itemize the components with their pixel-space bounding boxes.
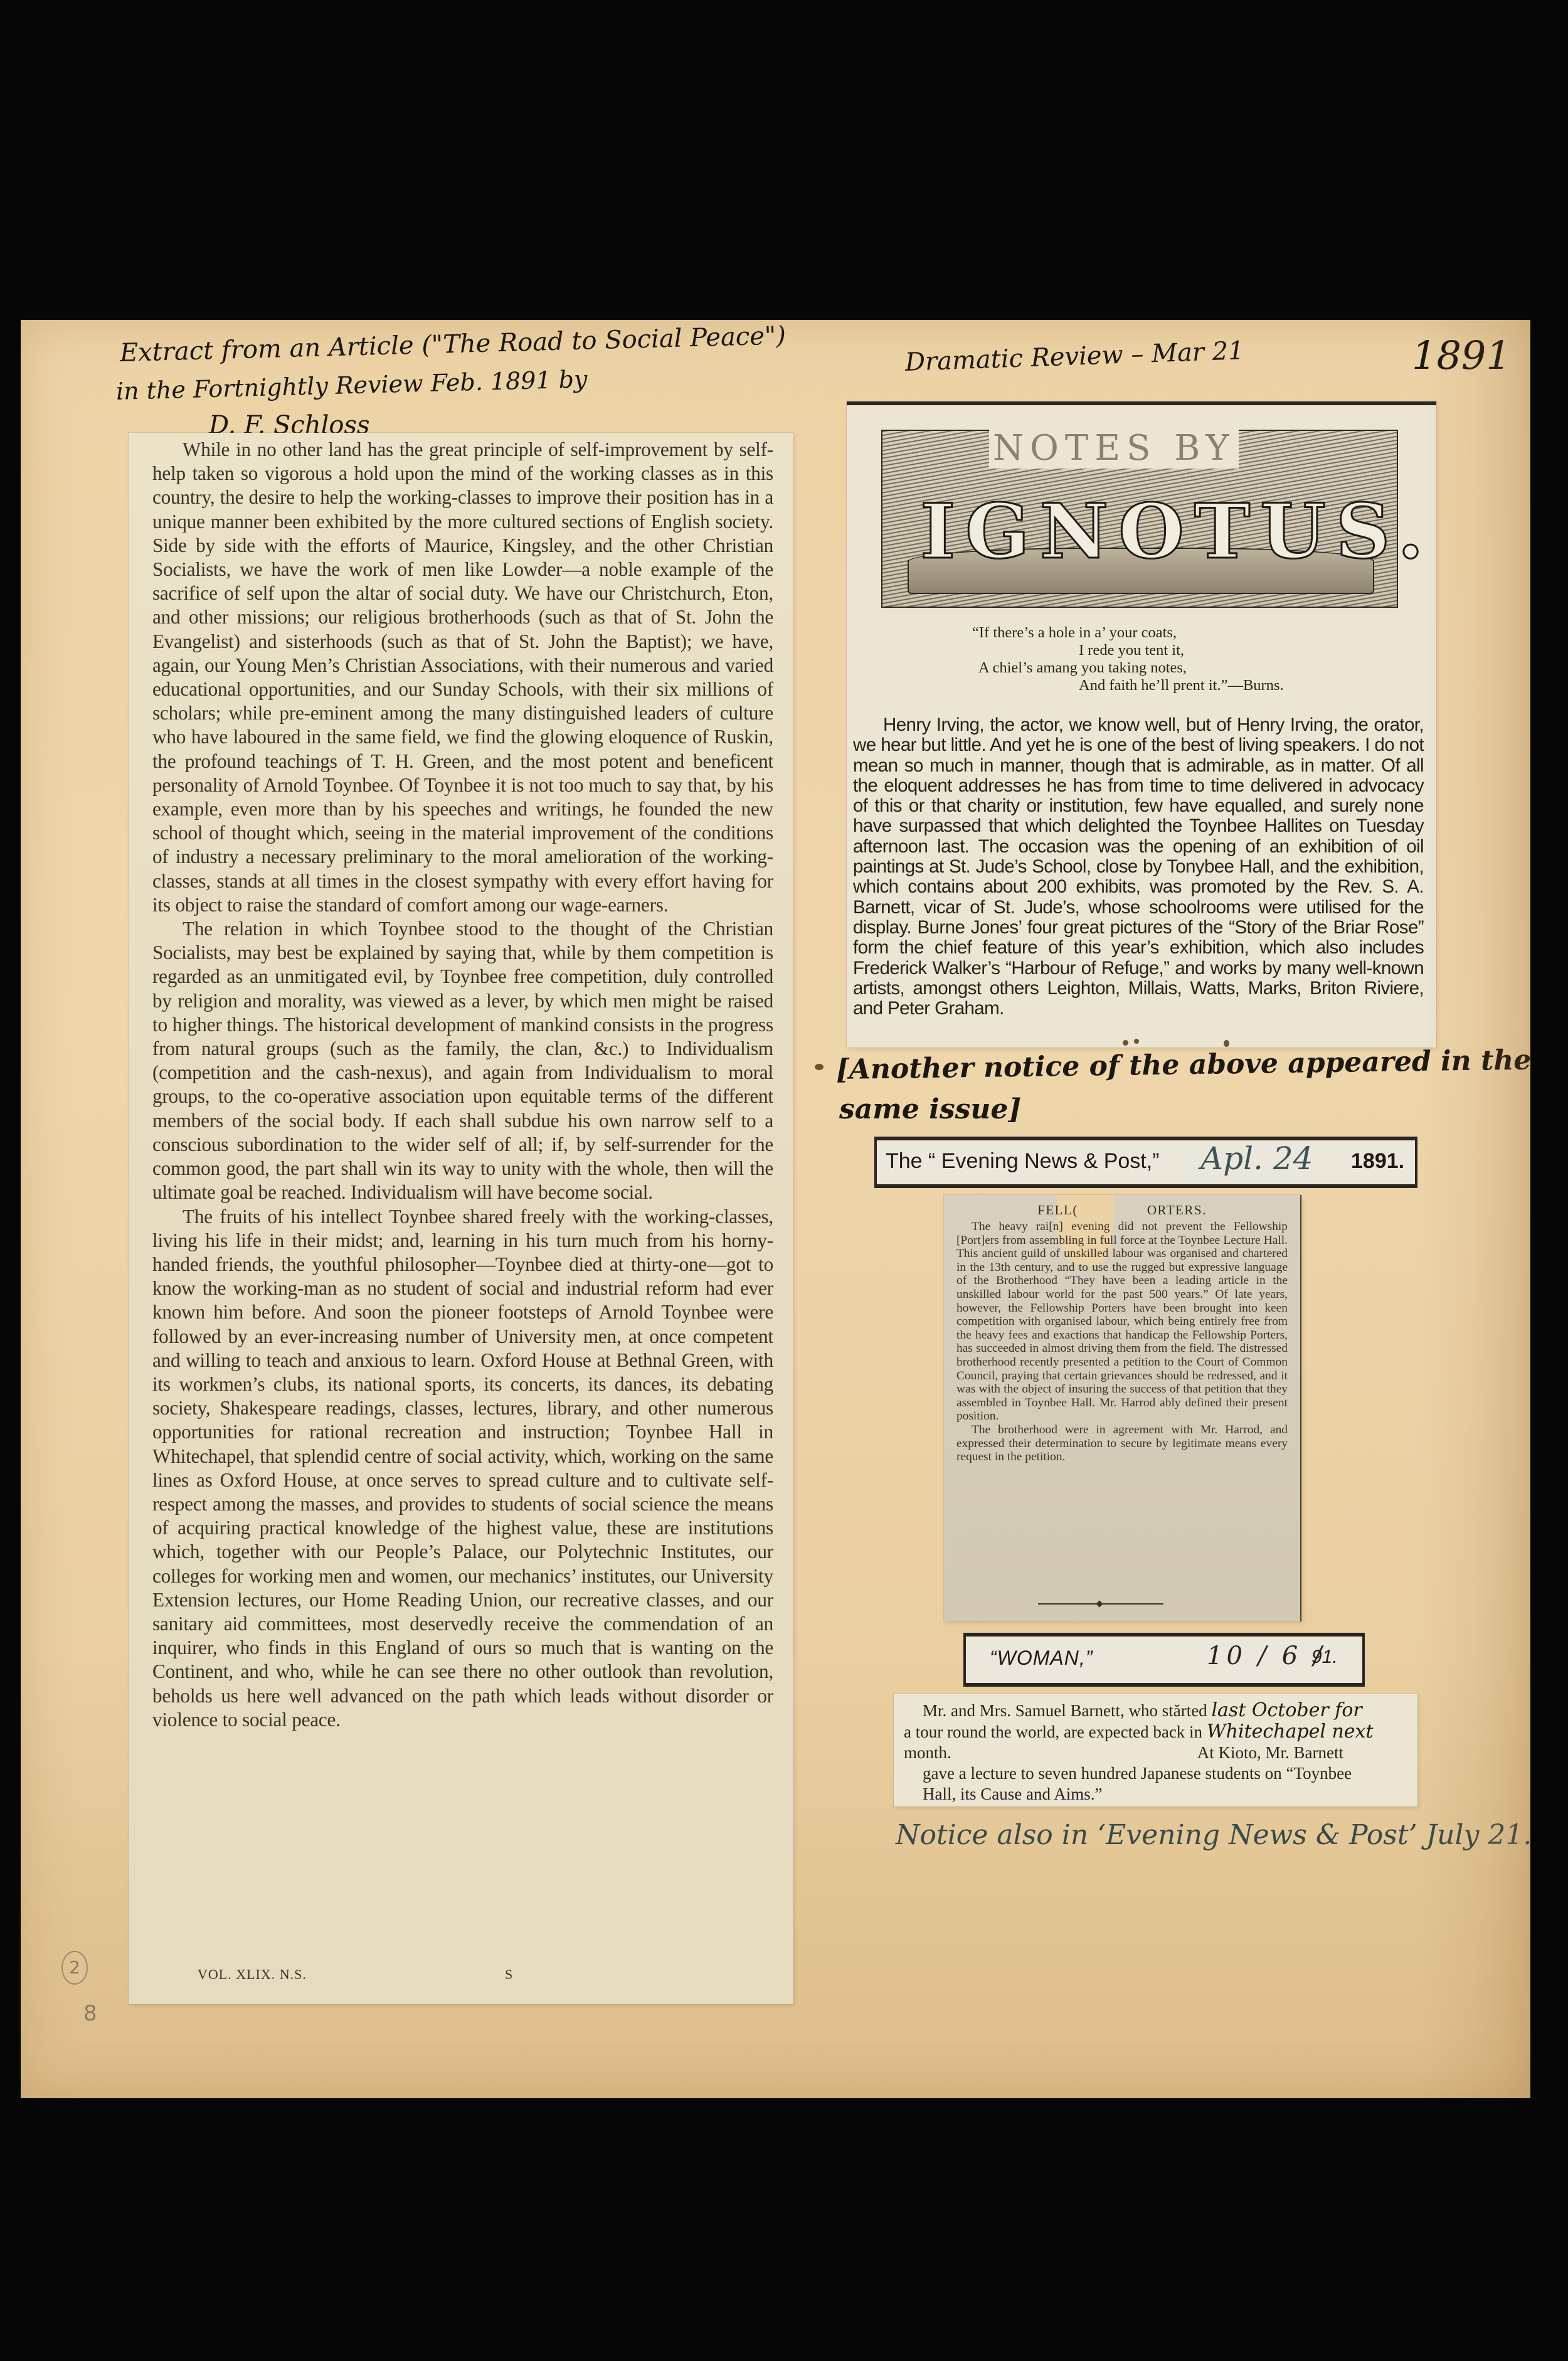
ignotus-article-body: Henry Irving, the actor, we know well, b… xyxy=(853,715,1424,1019)
barnett-line: Hall, its Cause and Aims.” xyxy=(904,1784,1412,1805)
headline-right-fragment: ORTERS. xyxy=(1147,1202,1207,1218)
signature-mark: S xyxy=(505,1966,513,1983)
barnett-text: Mr. and Mrs. Samuel Barnett, who stărte… xyxy=(904,1700,1412,1805)
evening-news-handwritten-date: Apl. 24 xyxy=(1200,1140,1313,1177)
epigraph-line: And faith he’ll prent it.”—Burns. xyxy=(972,677,1348,694)
masthead-title: IGNOTUS. xyxy=(920,487,1434,576)
barnett-line: gave a lecture to seven hundred Japanese… xyxy=(904,1763,1412,1784)
masthead-small-text: NOTES BY xyxy=(989,428,1239,469)
ink-spot xyxy=(1134,1039,1139,1044)
right-handwritten-header: Dramatic Review – Mar 21 xyxy=(904,336,1244,377)
handwritten-insert: Whitechapel next xyxy=(1207,1721,1374,1743)
article-paragraph: The brotherhood were in agreement with M… xyxy=(956,1423,1288,1464)
handwritten-footnote: Notice also in ‘Evening News & Post’ Jul… xyxy=(896,1819,1532,1851)
evening-news-title: The “ Evening News & Post,” xyxy=(886,1149,1160,1174)
barnett-line: month. At Kioto, Mr. Barnett xyxy=(904,1743,1412,1763)
woman-title: “WOMAN,” xyxy=(990,1647,1093,1670)
article-paragraph: The fruits of his intellect Toynbee shar… xyxy=(152,1205,773,1732)
printed-text: Mr. and Mrs. Samuel Barnett, who stărte… xyxy=(923,1701,1207,1720)
printed-text: a tour round the world, are expected bac… xyxy=(904,1722,1202,1741)
barnett-line: a tour round the world, are expected bac… xyxy=(904,1721,1412,1743)
article-footer: VOL. XLIX. N.S. S xyxy=(198,1966,637,1983)
closing-rule xyxy=(1038,1603,1163,1605)
ink-spot xyxy=(1123,1040,1128,1046)
top-rule xyxy=(847,401,1436,405)
ink-spot xyxy=(815,1064,824,1070)
pencil-page-number: 8 xyxy=(83,2001,97,2026)
ink-spot xyxy=(1224,1040,1229,1047)
woman-banner: “WOMAN,” 10 / 6 / 91. xyxy=(963,1633,1365,1687)
dramatic-review-clipping: NOTES BY IGNOTUS. “If there’s a hole in … xyxy=(847,401,1436,1048)
ignotus-masthead-illustration: NOTES BY IGNOTUS. xyxy=(881,430,1398,608)
evening-news-year: 1891. xyxy=(1351,1149,1404,1174)
fellowship-porters-clipping: FELL(ORTERS. The heavy rai[n] evening di… xyxy=(944,1195,1301,1621)
printed-text: At Kioto, Mr. Barnett xyxy=(1197,1743,1343,1762)
article-paragraph: While in no other land has the great pri… xyxy=(152,438,773,917)
porters-article-body: The heavy rai[n] evening did not prevent… xyxy=(956,1220,1288,1464)
epigraph-line: A chiel’s amang you taking notes, xyxy=(972,659,1348,677)
barnett-clipping: Mr. and Mrs. Samuel Barnett, who stărte… xyxy=(894,1694,1417,1807)
woman-year: 91. xyxy=(1311,1647,1338,1668)
barnett-line: Mr. and Mrs. Samuel Barnett, who stărte… xyxy=(904,1700,1412,1721)
left-handwritten-header-line2: in the Fortnightly Review Feb. 1891 by xyxy=(115,365,588,405)
article-body: While in no other land has the great pri… xyxy=(152,438,773,1732)
epigraph-line: “If there’s a hole in a’ your coats, xyxy=(972,624,1348,642)
handwritten-insert: last October for xyxy=(1211,1699,1362,1721)
left-handwritten-header-line1: Extract from an Article ("The Road to So… xyxy=(119,321,786,368)
burns-epigraph: “If there’s a hole in a’ your coats, I r… xyxy=(972,624,1348,694)
handwritten-another-notice-line2: same issue] xyxy=(839,1093,1021,1125)
article-paragraph: The relation in which Toynbee stood to t… xyxy=(152,917,773,1204)
epigraph-line: I rede you tent it, xyxy=(972,642,1348,659)
handwritten-another-notice-line1: [Another notice of the above appeared in… xyxy=(836,1044,1532,1086)
headline-left-fragment: FELL( xyxy=(1037,1202,1078,1218)
evening-news-banner: The “ Evening News & Post,” Apl. 24 1891… xyxy=(874,1137,1417,1188)
scrapbook-page: Extract from an Article ("The Road to So… xyxy=(21,320,1530,2098)
year-annotation: 1891 xyxy=(1412,332,1511,378)
porters-headline: FELL(ORTERS. xyxy=(944,1202,1300,1218)
pencil-circled-number: 2 xyxy=(61,1951,88,1985)
woman-handwritten-date: 10 / 6 / xyxy=(1207,1642,1325,1670)
volume-label: VOL. XLIX. N.S. xyxy=(198,1966,307,1982)
article-paragraph: Henry Irving, the actor, we know well, b… xyxy=(853,715,1424,1019)
article-paragraph: The heavy rai[n] evening did not prevent… xyxy=(956,1220,1288,1423)
fortnightly-review-clipping: While in no other land has the great pri… xyxy=(129,433,793,2004)
printed-text: month. xyxy=(904,1743,951,1762)
